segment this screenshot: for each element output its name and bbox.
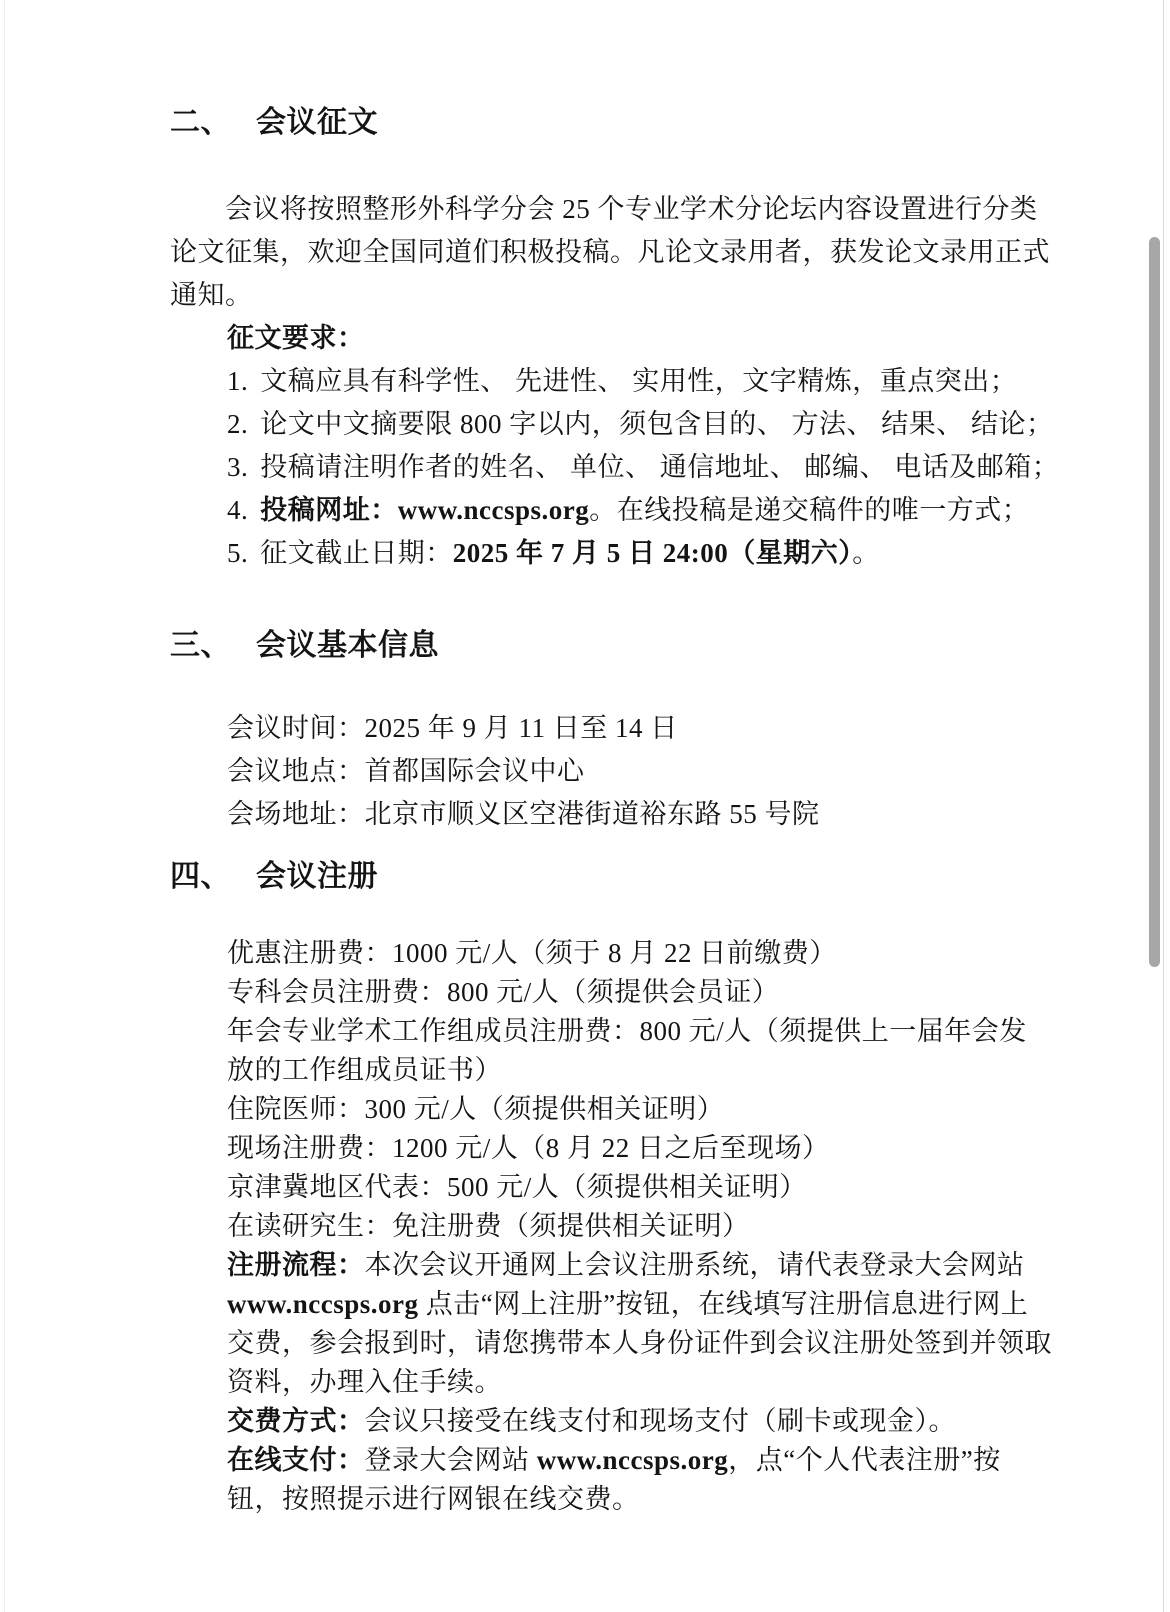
- basic-info-lines: 会议时间：2025 年 9 月 11 日至 14 日 会议地点：首都国际会议中心…: [170, 707, 1050, 836]
- page-edge-right: [1163, 0, 1164, 1612]
- fee-line: 现场注册费：1200 元/人（8 月 22 日之后至现场）: [170, 1129, 1050, 1168]
- section-title: 会议基本信息: [256, 627, 439, 665]
- list-item-text: 。在线投稿是递交稿件的唯一方式；: [589, 495, 1029, 525]
- payment-method-label: 交费方式：: [227, 1406, 365, 1436]
- fee-line: 京津冀地区代表：500 元/人（须提供相关证明）: [170, 1168, 1050, 1207]
- fee-line: 在读研究生：免注册费（须提供相关证明）: [170, 1207, 1050, 1246]
- registration-flow-line: 注册流程：本次会议开通网上会议注册系统，请代表登录大会网站: [170, 1246, 1050, 1285]
- deadline-label: 征文截止日期：: [260, 538, 453, 568]
- conference-site-url: www.nccsps.org: [537, 1445, 729, 1475]
- online-payment-line: 钮，按照提示进行网银在线交费。: [170, 1480, 1050, 1519]
- list-number: 5.: [227, 532, 248, 575]
- meeting-address: 会场地址：北京市顺义区空港街道裕东路 55 号院: [170, 793, 1050, 836]
- list-item: 3.投稿请注明作者的姓名、 单位、 通信地址、 邮编、 电话及邮箱；: [170, 446, 1050, 489]
- section-heading-registration: 四、 会议注册: [170, 858, 1050, 896]
- meeting-time: 会议时间：2025 年 9 月 11 日至 14 日: [170, 707, 1050, 750]
- flow-text: 点击“网上注册”按钮，在线填写注册信息进行网上: [419, 1289, 1029, 1319]
- payment-method-line: 交费方式：会议只接受在线支付和现场支付（刷卡或现金）。: [170, 1402, 1050, 1441]
- list-number: 4.: [227, 489, 248, 532]
- subheading-requirements: 征文要求：: [170, 317, 1050, 360]
- registration-lines: 优惠注册费：1000 元/人（须于 8 月 22 日前缴费） 专科会员注册费：8…: [170, 934, 1050, 1519]
- list-item-text: 。: [852, 538, 880, 568]
- list-item-text: 文稿应具有科学性、 先进性、 实用性，文字精炼，重点突出；: [260, 366, 1017, 396]
- meeting-place: 会议地点：首都国际会议中心: [170, 750, 1050, 793]
- list-item-text: 论文中文摘要限 800 字以内，须包含目的、 方法、 结果、 结论；: [260, 409, 1053, 439]
- online-payment-label: 在线支付：: [227, 1445, 365, 1475]
- page-edge-left: [4, 0, 5, 1612]
- section-number: 二、: [170, 104, 256, 142]
- flow-label: 注册流程：: [227, 1250, 365, 1280]
- list-number: 2.: [227, 403, 248, 446]
- paragraph-line: 会议将按照整形外科学分会 25 个专业学术分论坛内容设置进行分类: [170, 188, 1050, 231]
- online-payment-text: 登录大会网站: [365, 1445, 537, 1475]
- scrollbar-thumb[interactable]: [1149, 237, 1160, 967]
- fee-line: 住院医师：300 元/人（须提供相关证明）: [170, 1090, 1050, 1129]
- deadline-date: 2025 年 7 月 5 日 24:00（星期六）: [453, 538, 853, 568]
- registration-flow-line: www.nccsps.org 点击“网上注册”按钮，在线填写注册信息进行网上: [170, 1285, 1050, 1324]
- submission-site-label: 投稿网址：: [260, 495, 398, 525]
- payment-method-text: 会议只接受在线支付和现场支付（刷卡或现金）。: [365, 1406, 957, 1436]
- fee-line: 专科会员注册费：800 元/人（须提供会员证）: [170, 973, 1050, 1012]
- fee-line: 优惠注册费：1000 元/人（须于 8 月 22 日前缴费）: [170, 934, 1050, 973]
- list-number: 3.: [227, 446, 248, 489]
- section-title: 会议征文: [256, 104, 378, 142]
- section-number: 四、: [170, 858, 256, 896]
- document-viewer-screen: 二、 会议征文 会议将按照整形外科学分会 25 个专业学术分论坛内容设置进行分类…: [0, 0, 1170, 1612]
- list-item: 5.征文截止日期：2025 年 7 月 5 日 24:00（星期六）。: [170, 532, 1050, 575]
- flow-text: 本次会议开通网上会议注册系统，请代表登录大会网站: [365, 1250, 1025, 1280]
- registration-flow-line: 交费，参会报到时，请您携带本人身份证件到会议注册处签到并领取: [170, 1324, 1050, 1363]
- list-item-text: 投稿请注明作者的姓名、 单位、 通信地址、 邮编、 电话及邮箱；: [260, 452, 1059, 482]
- paragraph-line: 通知。: [170, 274, 1050, 317]
- conference-site-url: www.nccsps.org: [227, 1289, 419, 1319]
- online-payment-text: ，点“个人代表注册”按: [728, 1445, 1000, 1475]
- list-item: 1.文稿应具有科学性、 先进性、 实用性，文字精炼，重点突出；: [170, 360, 1050, 403]
- document-page: 二、 会议征文 会议将按照整形外科学分会 25 个专业学术分论坛内容设置进行分类…: [170, 0, 1050, 1519]
- section-heading-basic-info: 三、 会议基本信息: [170, 627, 1050, 665]
- call-for-papers-paragraph: 会议将按照整形外科学分会 25 个专业学术分论坛内容设置进行分类 论文征集，欢迎…: [170, 188, 1050, 575]
- online-payment-line: 在线支付：登录大会网站 www.nccsps.org，点“个人代表注册”按: [170, 1441, 1050, 1480]
- registration-flow-line: 资料，办理入住手续。: [170, 1363, 1050, 1402]
- paragraph-line: 论文征集，欢迎全国同道们积极投稿。凡论文录用者，获发论文录用正式: [170, 231, 1050, 274]
- list-number: 1.: [227, 360, 248, 403]
- submission-site-url: www.nccsps.org: [398, 495, 590, 525]
- fee-line: 年会专业学术工作组成员注册费：800 元/人（须提供上一届年会发: [170, 1012, 1050, 1051]
- section-title: 会议注册: [256, 858, 378, 896]
- list-item: 2.论文中文摘要限 800 字以内，须包含目的、 方法、 结果、 结论；: [170, 403, 1050, 446]
- fee-line: 放的工作组成员证书）: [170, 1051, 1050, 1090]
- section-heading-call-for-papers: 二、 会议征文: [170, 104, 1050, 142]
- list-item: 4.投稿网址：www.nccsps.org。在线投稿是递交稿件的唯一方式；: [170, 489, 1050, 532]
- section-number: 三、: [170, 627, 256, 665]
